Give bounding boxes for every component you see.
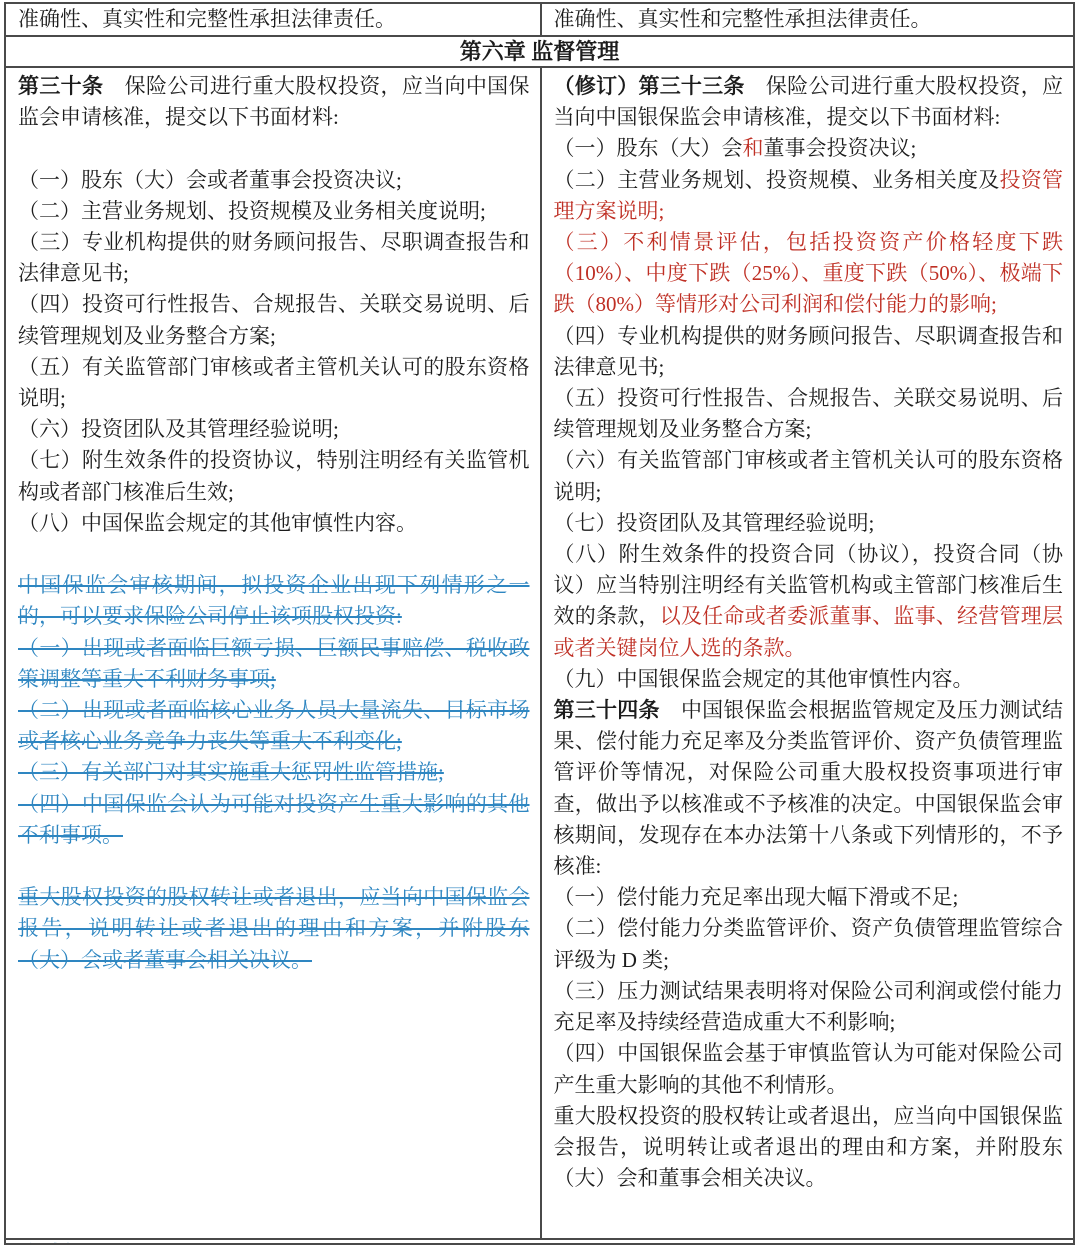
text-run: （八）中国保监会规定的其他审慎性内容。: [18, 511, 417, 535]
paragraph: （二）主营业务规划、投资规模、业务相关度及投资管理方案说明;: [554, 165, 1064, 227]
paragraph: 第三十四条 中国银保监会根据监管规定及压力测试结果、偿付能力充足率及分类监管评价…: [554, 695, 1064, 882]
text-run: （二）偿付能力分类监管评价、资产负债管理监管综合评级为 D 类;: [554, 916, 1064, 971]
deleted-text: （二）出现或者面临核心业务人员大量流失、目标市场或者核心业务竞争力丧失等重大不利…: [18, 698, 530, 753]
text-run: （四）投资可行性报告、合规报告、关联交易说明、后续管理规划及业务整合方案;: [18, 292, 530, 347]
text-run: （一）股东（大）会: [554, 136, 743, 160]
paragraph: 中国保监会审核期间，拟投资企业出现下列情形之一的，可以要求保险公司停止该项股权投…: [18, 570, 530, 632]
paragraph: （六）有关监管部门审核或者主管机关认可的股东资格说明;: [554, 445, 1064, 507]
revised-regulation-cell: （修订）第三十三条 保险公司进行重大股权投资，应当向中国银保监会申请核准，提交以…: [540, 68, 1074, 1238]
text-run: （三）专业机构提供的财务顾问报告、尽职调查报告和法律意见书;: [18, 230, 530, 285]
added-text: 和: [743, 136, 764, 160]
text-run: （七）投资团队及其管理经验说明;: [554, 511, 875, 535]
paragraph: （六）投资团队及其管理经验说明;: [18, 414, 530, 445]
paragraph: （八）附生效条件的投资合同（协议），投资合同（协议）应当特别注明经有关监管机构或…: [554, 539, 1064, 664]
chapter-title: 第六章 监督管理: [460, 37, 620, 66]
text-run: （二）主营业务规划、投资规模、业务相关度及: [554, 168, 1000, 192]
old-regulation-cell: 第三十条 保险公司进行重大股权投资，应当向中国保监会申请核准，提交以下书面材料:…: [6, 68, 540, 1238]
table-row-continuation: 准确性、真实性和完整性承担法律责任。 准确性、真实性和完整性承担法律责任。: [6, 4, 1073, 35]
paragraph: （四）中国保监会认为可能对投资产生重大影响的其他不利事项。: [18, 789, 530, 851]
commentary-label-clipped: 评析: [6, 1240, 72, 1245]
paragraph: （一）偿付能力充足率出现大幅下滑或不足;: [554, 882, 1064, 913]
paragraph: （五）有关监管部门审核或者主管机关认可的股东资格说明;: [18, 352, 530, 414]
blank-line: [18, 539, 530, 570]
text-run: （二）主营业务规划、投资规模及业务相关度说明;: [18, 199, 486, 223]
deleted-text: （四）中国保监会认为可能对投资产生重大影响的其他不利事项。: [18, 792, 530, 847]
text-run: （六）投资团队及其管理经验说明;: [18, 417, 339, 441]
deleted-text: 重大股权投资的股权转让或者退出，应当向中国保监会报告，说明转让或者退出的理由和方…: [18, 885, 530, 971]
paragraph: （一）出现或者面临巨额亏损、巨额民事赔偿、税收政策调整等重大不利财务事项;: [18, 633, 530, 695]
next-row-clipped: 评析: [6, 1238, 1073, 1245]
text-run: （三）压力测试结果表明将对保险公司利润或偿付能力充足率及持续经营造成重大不利影响…: [554, 979, 1064, 1034]
text-run: （九）中国银保监会规定的其他审慎性内容。: [554, 667, 974, 691]
paragraph: （四）专业机构提供的财务顾问报告、尽职调查报告和法律意见书;: [554, 321, 1064, 383]
paragraph: （七）投资团队及其管理经验说明;: [554, 508, 1064, 539]
paragraph: 重大股权投资的股权转让或者退出，应当向中国保监会报告，说明转让或者退出的理由和方…: [18, 882, 530, 976]
paragraph: （三）专业机构提供的财务顾问报告、尽职调查报告和法律意见书;: [18, 227, 530, 289]
text-run: （四）专业机构提供的财务顾问报告、尽职调查报告和法律意见书;: [554, 324, 1064, 379]
deleted-text: （一）出现或者面临巨额亏损、巨额民事赔偿、税收政策调整等重大不利财务事项;: [18, 636, 530, 691]
paragraph: （九）中国银保监会规定的其他审慎性内容。: [554, 664, 1064, 695]
text-run: 中国银保监会根据监管规定及压力测试结果、偿付能力充足率及分类监管评价、资产负债管…: [554, 698, 1064, 878]
text-run: （四）中国银保监会基于审慎监管认为可能对保险公司产生重大影响的其他不利情形。: [554, 1041, 1064, 1096]
paragraph: 第三十条 保险公司进行重大股权投资，应当向中国保监会申请核准，提交以下书面材料:: [18, 71, 530, 133]
paragraph: （五）投资可行性报告、合规报告、关联交易说明、后续管理规划及业务整合方案;: [554, 383, 1064, 445]
paragraph: （二）主营业务规划、投资规模及业务相关度说明;: [18, 196, 530, 227]
paragraph: （四）中国银保监会基于审慎监管认为可能对保险公司产生重大影响的其他不利情形。: [554, 1038, 1064, 1100]
paragraph: （三）有关部门对其实施重大惩罚性监管措施;: [18, 757, 530, 788]
text-run: （七）附生效条件的投资协议，特别注明经有关监管机构或者部门核准后生效;: [18, 448, 530, 503]
text-run: 董事会投资决议;: [764, 136, 917, 160]
paragraph: （一）股东（大）会或者董事会投资决议;: [18, 165, 530, 196]
paragraph: （八）中国保监会规定的其他审慎性内容。: [18, 508, 530, 539]
comparison-table: 准确性、真实性和完整性承担法律责任。 准确性、真实性和完整性承担法律责任。 第六…: [4, 2, 1075, 1245]
paragraph: （二）出现或者面临核心业务人员大量流失、目标市场或者核心业务竞争力丧失等重大不利…: [18, 695, 530, 757]
blank-line: [18, 851, 530, 882]
deleted-text: 中国保监会审核期间，拟投资企业出现下列情形之一的，可以要求保险公司停止该项股权投…: [18, 573, 530, 628]
paragraph: （三）不利情景评估，包括投资资产价格轻度下跌（10%）、中度下跌（25%）、重度…: [554, 227, 1064, 321]
paragraph: （二）偿付能力分类监管评价、资产负债管理监管综合评级为 D 类;: [554, 913, 1064, 975]
paragraph: （三）压力测试结果表明将对保险公司利润或偿付能力充足率及持续经营造成重大不利影响…: [554, 976, 1064, 1038]
article-number: 第三十条: [18, 74, 103, 98]
text-run: （六）有关监管部门审核或者主管机关认可的股东资格说明;: [554, 448, 1064, 503]
paragraph: （四）投资可行性报告、合规报告、关联交易说明、后续管理规划及业务整合方案;: [18, 289, 530, 351]
added-text: （三）不利情景评估，包括投资资产价格轻度下跌（10%）、中度下跌（25%）、重度…: [554, 230, 1064, 316]
article-number: 第三十四条: [554, 698, 660, 722]
blank-line: [18, 133, 530, 164]
text-run: （一）偿付能力充足率出现大幅下滑或不足;: [554, 885, 959, 909]
paragraph: （七）附生效条件的投资协议，特别注明经有关监管机构或者部门核准后生效;: [18, 445, 530, 507]
text-run: （五）有关监管部门审核或者主管机关认可的股东资格说明;: [18, 355, 530, 410]
new-text-cell-continuation: 准确性、真实性和完整性承担法律责任。: [540, 4, 1074, 35]
text-run: （一）股东（大）会或者董事会投资决议;: [18, 168, 402, 192]
chapter-header-row: 第六章 监督管理: [6, 35, 1073, 66]
deleted-text: （三）有关部门对其实施重大惩罚性监管措施;: [18, 760, 444, 784]
old-text-cell-continuation: 准确性、真实性和完整性承担法律责任。: [6, 4, 540, 35]
article-number: （修订）第三十三条: [554, 74, 745, 98]
text-run: （五）投资可行性报告、合规报告、关联交易说明、后续管理规划及业务整合方案;: [554, 386, 1064, 441]
paragraph: 重大股权投资的股权转让或者退出，应当向中国银保监会报告，说明转让或者退出的理由和…: [554, 1101, 1064, 1195]
text-run: 重大股权投资的股权转让或者退出，应当向中国银保监会报告，说明转让或者退出的理由和…: [554, 1104, 1064, 1190]
table-row-articles: 第三十条 保险公司进行重大股权投资，应当向中国保监会申请核准，提交以下书面材料:…: [6, 66, 1073, 1238]
paragraph: （修订）第三十三条 保险公司进行重大股权投资，应当向中国银保监会申请核准，提交以…: [554, 71, 1064, 133]
paragraph: （一）股东（大）会和董事会投资决议;: [554, 133, 1064, 164]
